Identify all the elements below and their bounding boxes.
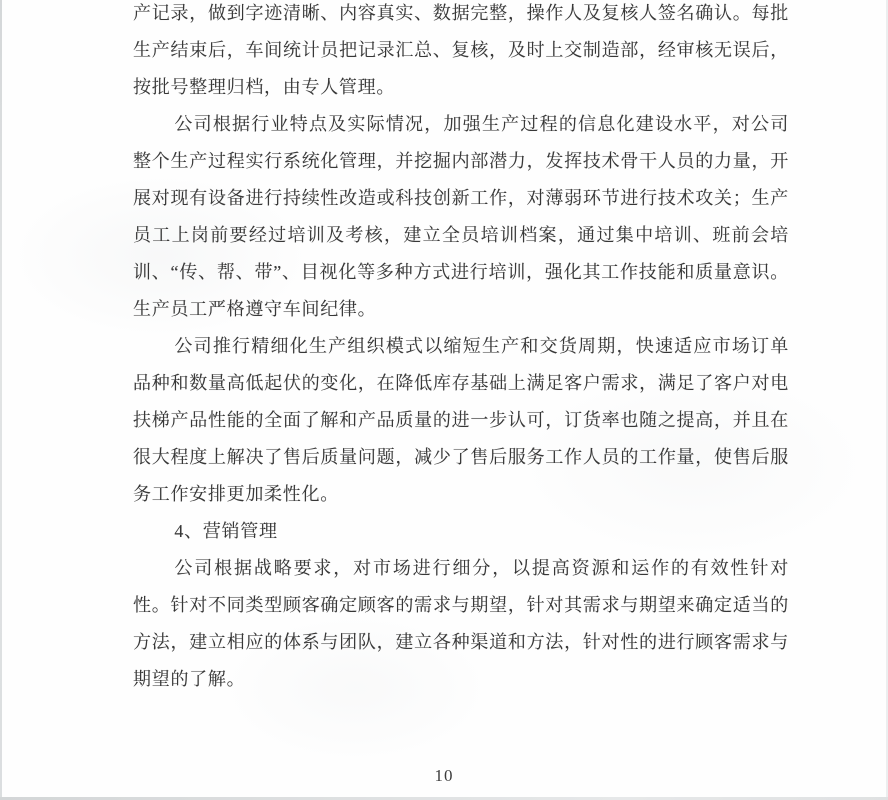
heading-marketing-management: 4、营销管理 xyxy=(133,513,789,550)
paragraph-production-records: 产记录，做到字迹清晰、内容真实、数据完整，操作人及复核人签名确认。每批生产结束后… xyxy=(133,0,789,106)
paragraph-informatization-and-training: 公司根据行业特点及实际情况，加强生产过程的信息化建设水平，对公司整个生产过程实行… xyxy=(133,106,789,328)
page-number: 10 xyxy=(0,766,888,786)
scanned-document-page: { "doc": { "paragraphs": [ "产记录，做到字迹清晰、内… xyxy=(0,0,888,800)
document-body: 产记录，做到字迹清晰、内容真实、数据完整，操作人及复核人签名确认。每批生产结束后… xyxy=(133,0,789,698)
page-left-edge xyxy=(0,0,2,800)
paragraph-lean-production: 公司推行精细化生产组织模式以缩短生产和交货周期，快速适应市场订单品种和数量高低起… xyxy=(133,328,789,513)
paragraph-market-segmentation: 公司根据战略要求，对市场进行细分，以提高资源和运作的有效性针对性。针对不同类型顾… xyxy=(133,550,789,698)
